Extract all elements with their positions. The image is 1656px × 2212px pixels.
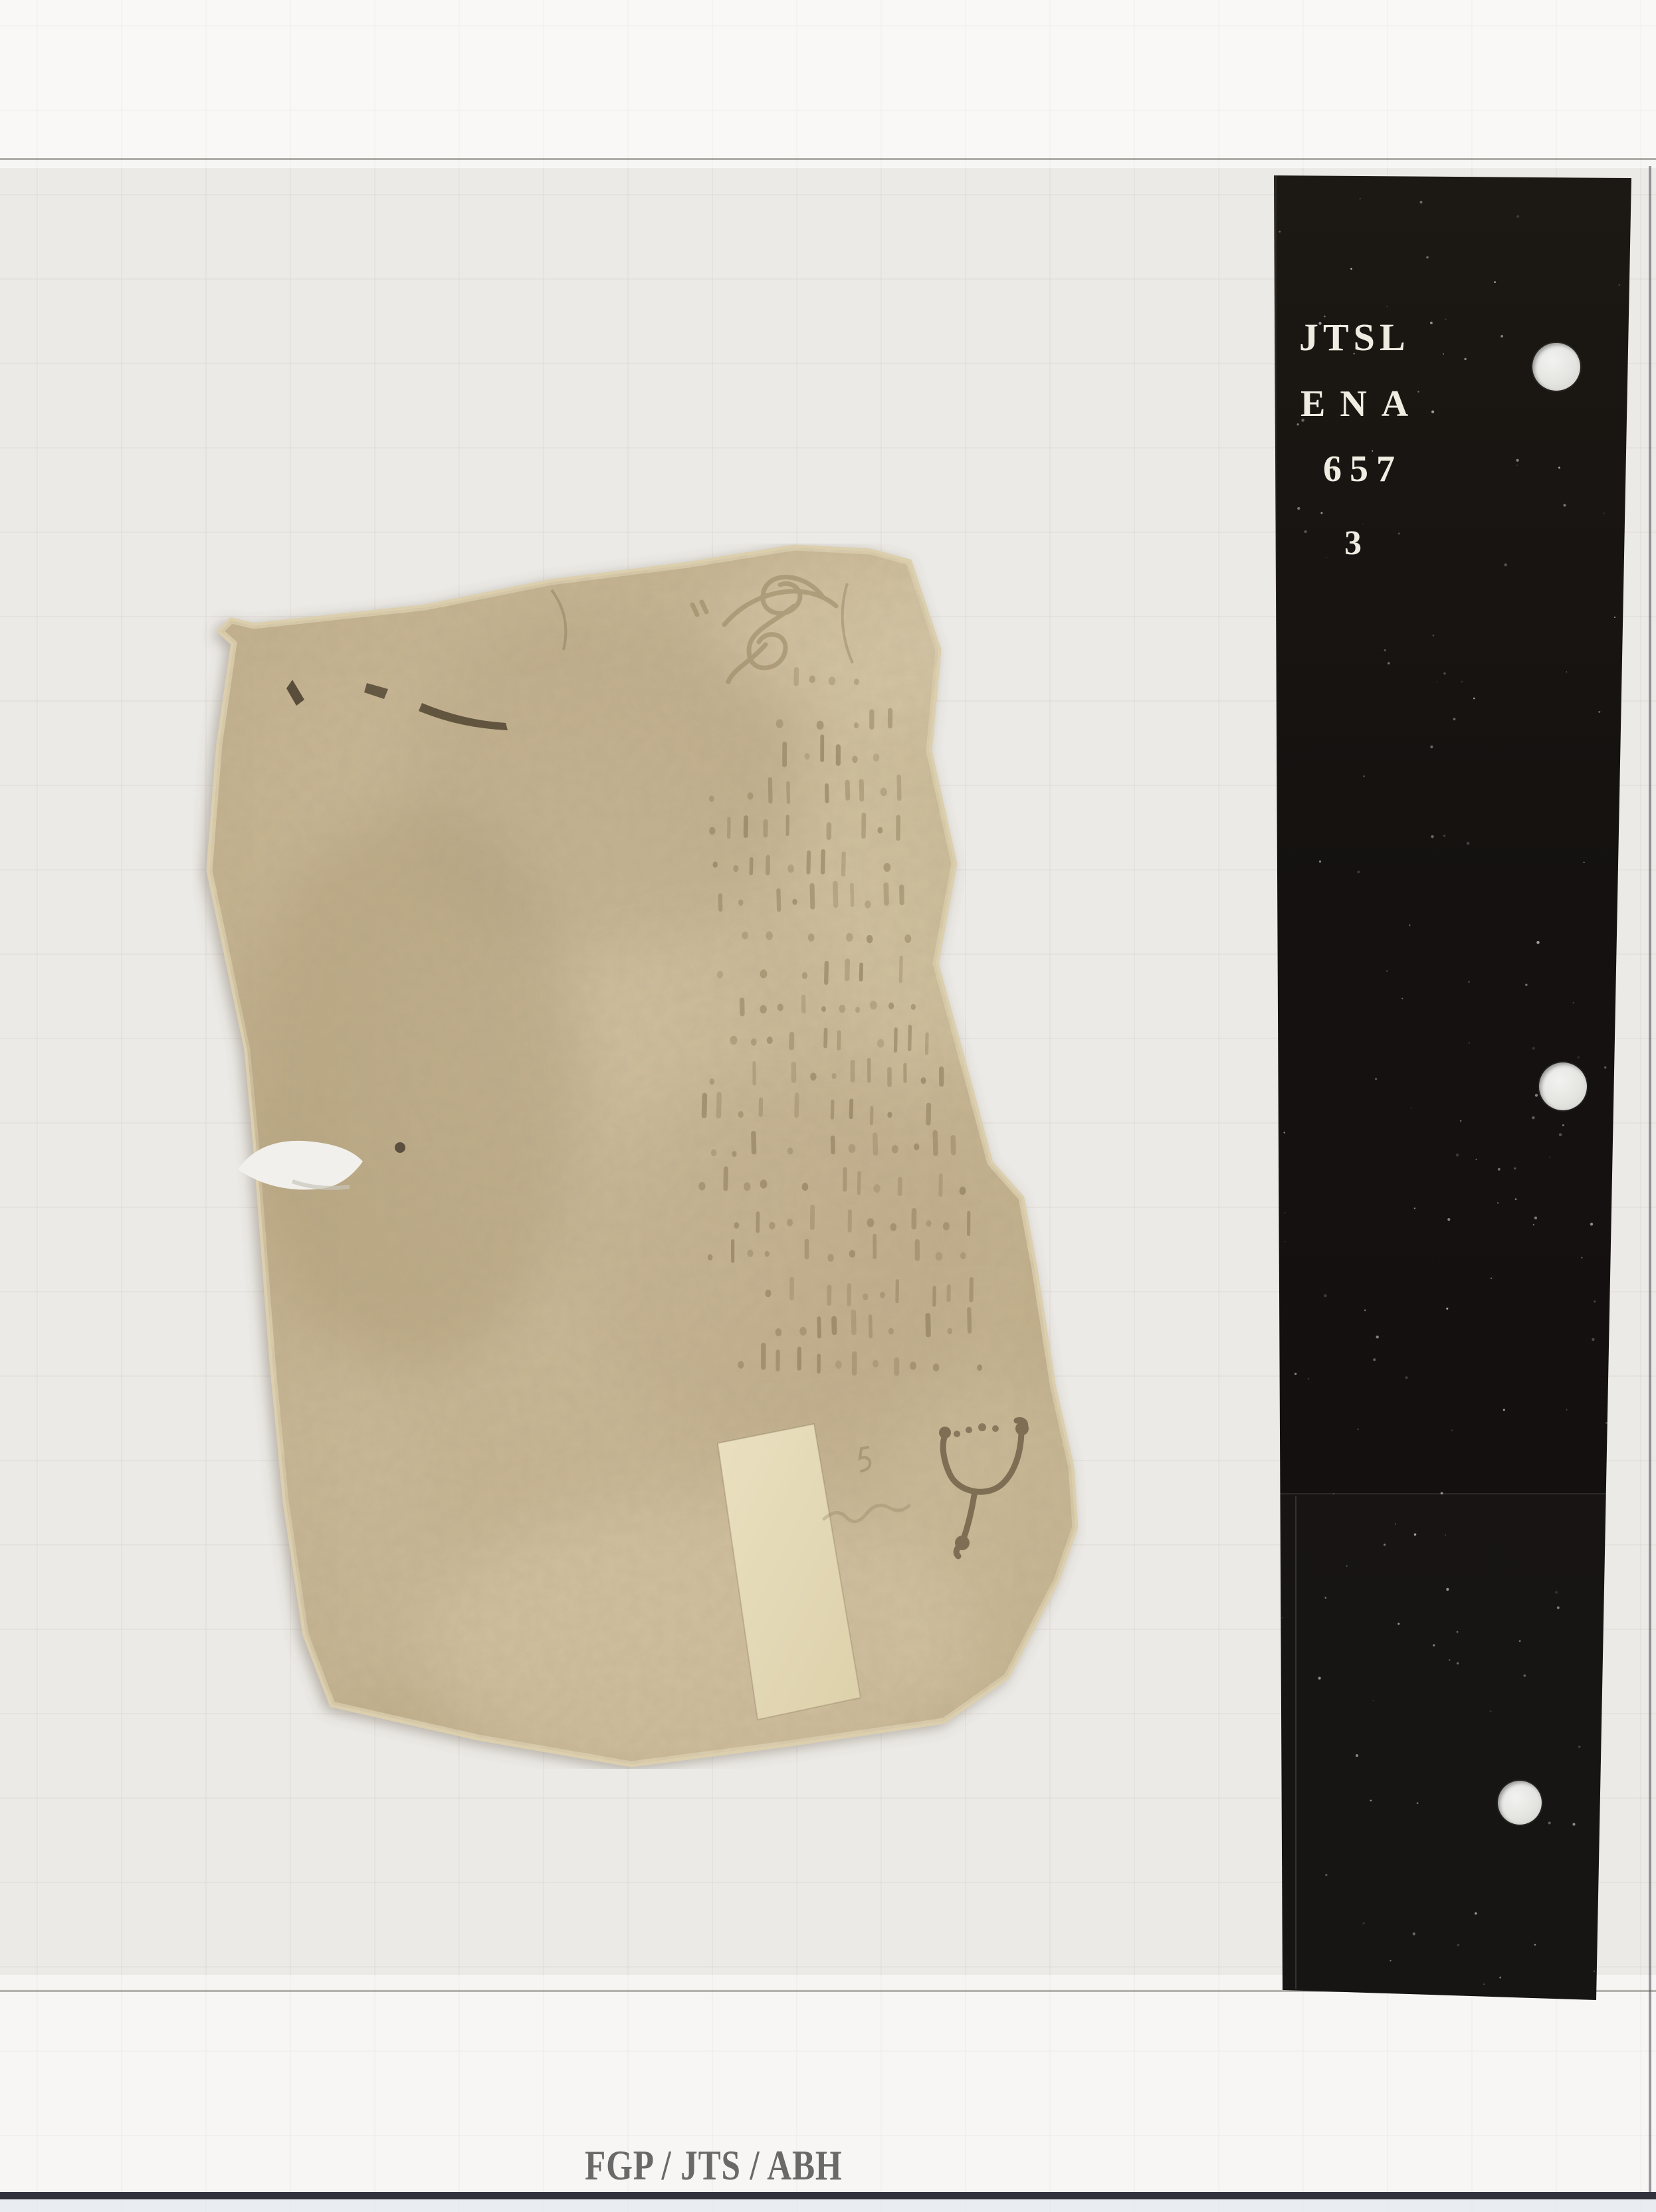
strip-label-shelfmark: 657 bbox=[1323, 448, 1403, 490]
glass-right-edge-line bbox=[1649, 166, 1651, 2194]
punch-hole-top bbox=[1532, 343, 1580, 391]
manuscript-fragment bbox=[193, 544, 1086, 1769]
glass-top-highlight bbox=[0, 160, 1656, 168]
bottom-rule-line bbox=[0, 2192, 1656, 2199]
strip-label-library: JTSL bbox=[1299, 315, 1410, 359]
punch-hole-middle bbox=[1539, 1062, 1587, 1110]
punch-hole-bottom bbox=[1498, 1781, 1542, 1825]
catalog-strip: JTSL ENA 657 3 bbox=[1273, 174, 1635, 2001]
strip-label-folio-number: 3 bbox=[1344, 524, 1362, 563]
top-margin-band bbox=[0, 0, 1656, 158]
strip-lower-segment bbox=[1273, 1494, 1635, 2001]
strip-scratch-line bbox=[1295, 1496, 1296, 1989]
credit-caption: FGP / JTS / ABH bbox=[585, 2141, 843, 2190]
ink-spot bbox=[395, 1142, 405, 1153]
strip-label-collection: ENA bbox=[1300, 383, 1423, 425]
foot-band bbox=[0, 2199, 1656, 2212]
photo-backdrop: { "photo": { "description": "archival ph… bbox=[0, 0, 1656, 2212]
strip-seam bbox=[1273, 1493, 1635, 1494]
